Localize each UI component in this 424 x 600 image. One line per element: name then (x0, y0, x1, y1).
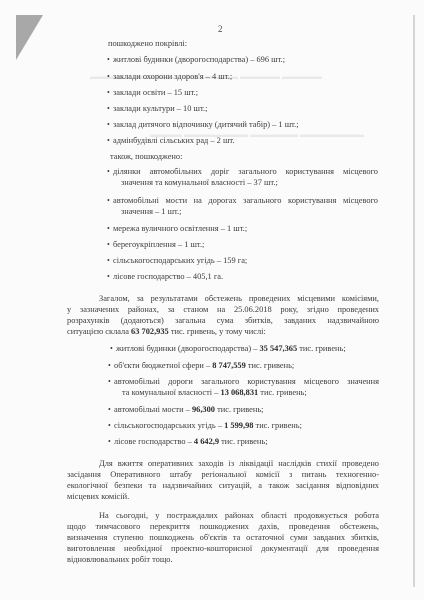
section-heading-also: також, пошкоджено: (110, 152, 182, 161)
list-item: •автомобільні мости на дорогах загальног… (107, 196, 378, 205)
loss-item: •автомобільні мости – 96,300 тис. гривен… (108, 405, 263, 414)
section-heading-roofs: пошкоджено покрівлі: (108, 39, 187, 48)
list-item: •заклади охорони здоров'я – 4 шт.; (107, 72, 232, 81)
list-item: •заклади культури – 10 шт.; (107, 104, 207, 113)
document-page: ▬▬▬▬▬ ▬▬▬▬▬▬ ▬▬▬▬▬▬▬ ▬▬▬▬▬ ▬▬▬▬▬ ▬▬▬▬ ▬▬… (0, 0, 424, 600)
list-item: •лісове господарство – 405,1 га. (107, 272, 223, 281)
list-item: •житлові будинки (дворогосподарства) – 6… (107, 55, 285, 64)
paragraph-line: визначення ступеню пошкоджень об'єктів т… (67, 533, 379, 542)
list-item: •адмінбудівлі сільських рад – 2 шт. (107, 136, 235, 145)
loss-item-continuation: та комунальної власності – 13 068,831 ти… (122, 388, 307, 397)
loss-item: •лісове господарство – 4 642,9 тис. грив… (108, 437, 268, 446)
loss-item: •об'єкти бюджетної сфери – 8 747,559 тис… (108, 361, 294, 370)
paragraph-line: засідання Оперативного штабу регіонально… (67, 470, 379, 479)
list-item-continuation: значення – 1 шт.; (121, 207, 181, 216)
paragraph-line: Для вжиття оперативних заходів із ліквід… (67, 459, 379, 468)
list-item: •заклади освіти – 15 шт.; (107, 88, 198, 97)
paragraph-line: відновлювальних робіт тощо. (67, 555, 173, 564)
scan-edge-line (413, 15, 415, 587)
paragraph-line: виготовлення необхідної проектно-коштори… (67, 544, 379, 553)
list-item-continuation: значення та комунальної власності – 37 ш… (121, 178, 278, 187)
list-item: •заклад дитячого відпочинку (дитячий таб… (107, 120, 299, 129)
list-item: •сільськогосподарських угідь – 159 га; (107, 256, 247, 265)
summary-line: розрахунків (додаються) загальна сума зб… (67, 316, 379, 325)
paragraph-line: щодо тимчасового перекриття пошкоджених … (67, 522, 379, 531)
list-item: •мережа вуличного освітлення – 1 шт.; (107, 224, 247, 233)
paragraph-line: На сьогодні, у постраждалих районах обла… (67, 511, 379, 520)
total-damage-value: 63 702,935 (131, 327, 169, 336)
paragraph-line: місцевих комісій. (67, 492, 129, 501)
loss-item: •автомобільні дороги загального користув… (108, 377, 379, 386)
list-item: •ділянки автомобільних доріг загального … (107, 167, 378, 176)
scan-corner-mark (16, 15, 44, 61)
summary-line: Загалом, за результатами обстежень прове… (67, 294, 379, 303)
list-item: •берегоукріплення – 1 шт.; (107, 240, 204, 249)
page-number: 2 (218, 24, 223, 34)
summary-total-line: ситуацією склала 63 702,935 тис. гривень… (67, 327, 266, 336)
loss-item: •сільськогосподарських угідь – 1 599,98 … (108, 421, 302, 430)
paragraph-line: екологічної безпеки та надзвичайних ситу… (67, 481, 379, 490)
loss-item: •житлові будинки (дворогосподарства) – 3… (110, 344, 346, 353)
summary-line: у зазначених районах, за станом на 25.06… (67, 305, 379, 314)
